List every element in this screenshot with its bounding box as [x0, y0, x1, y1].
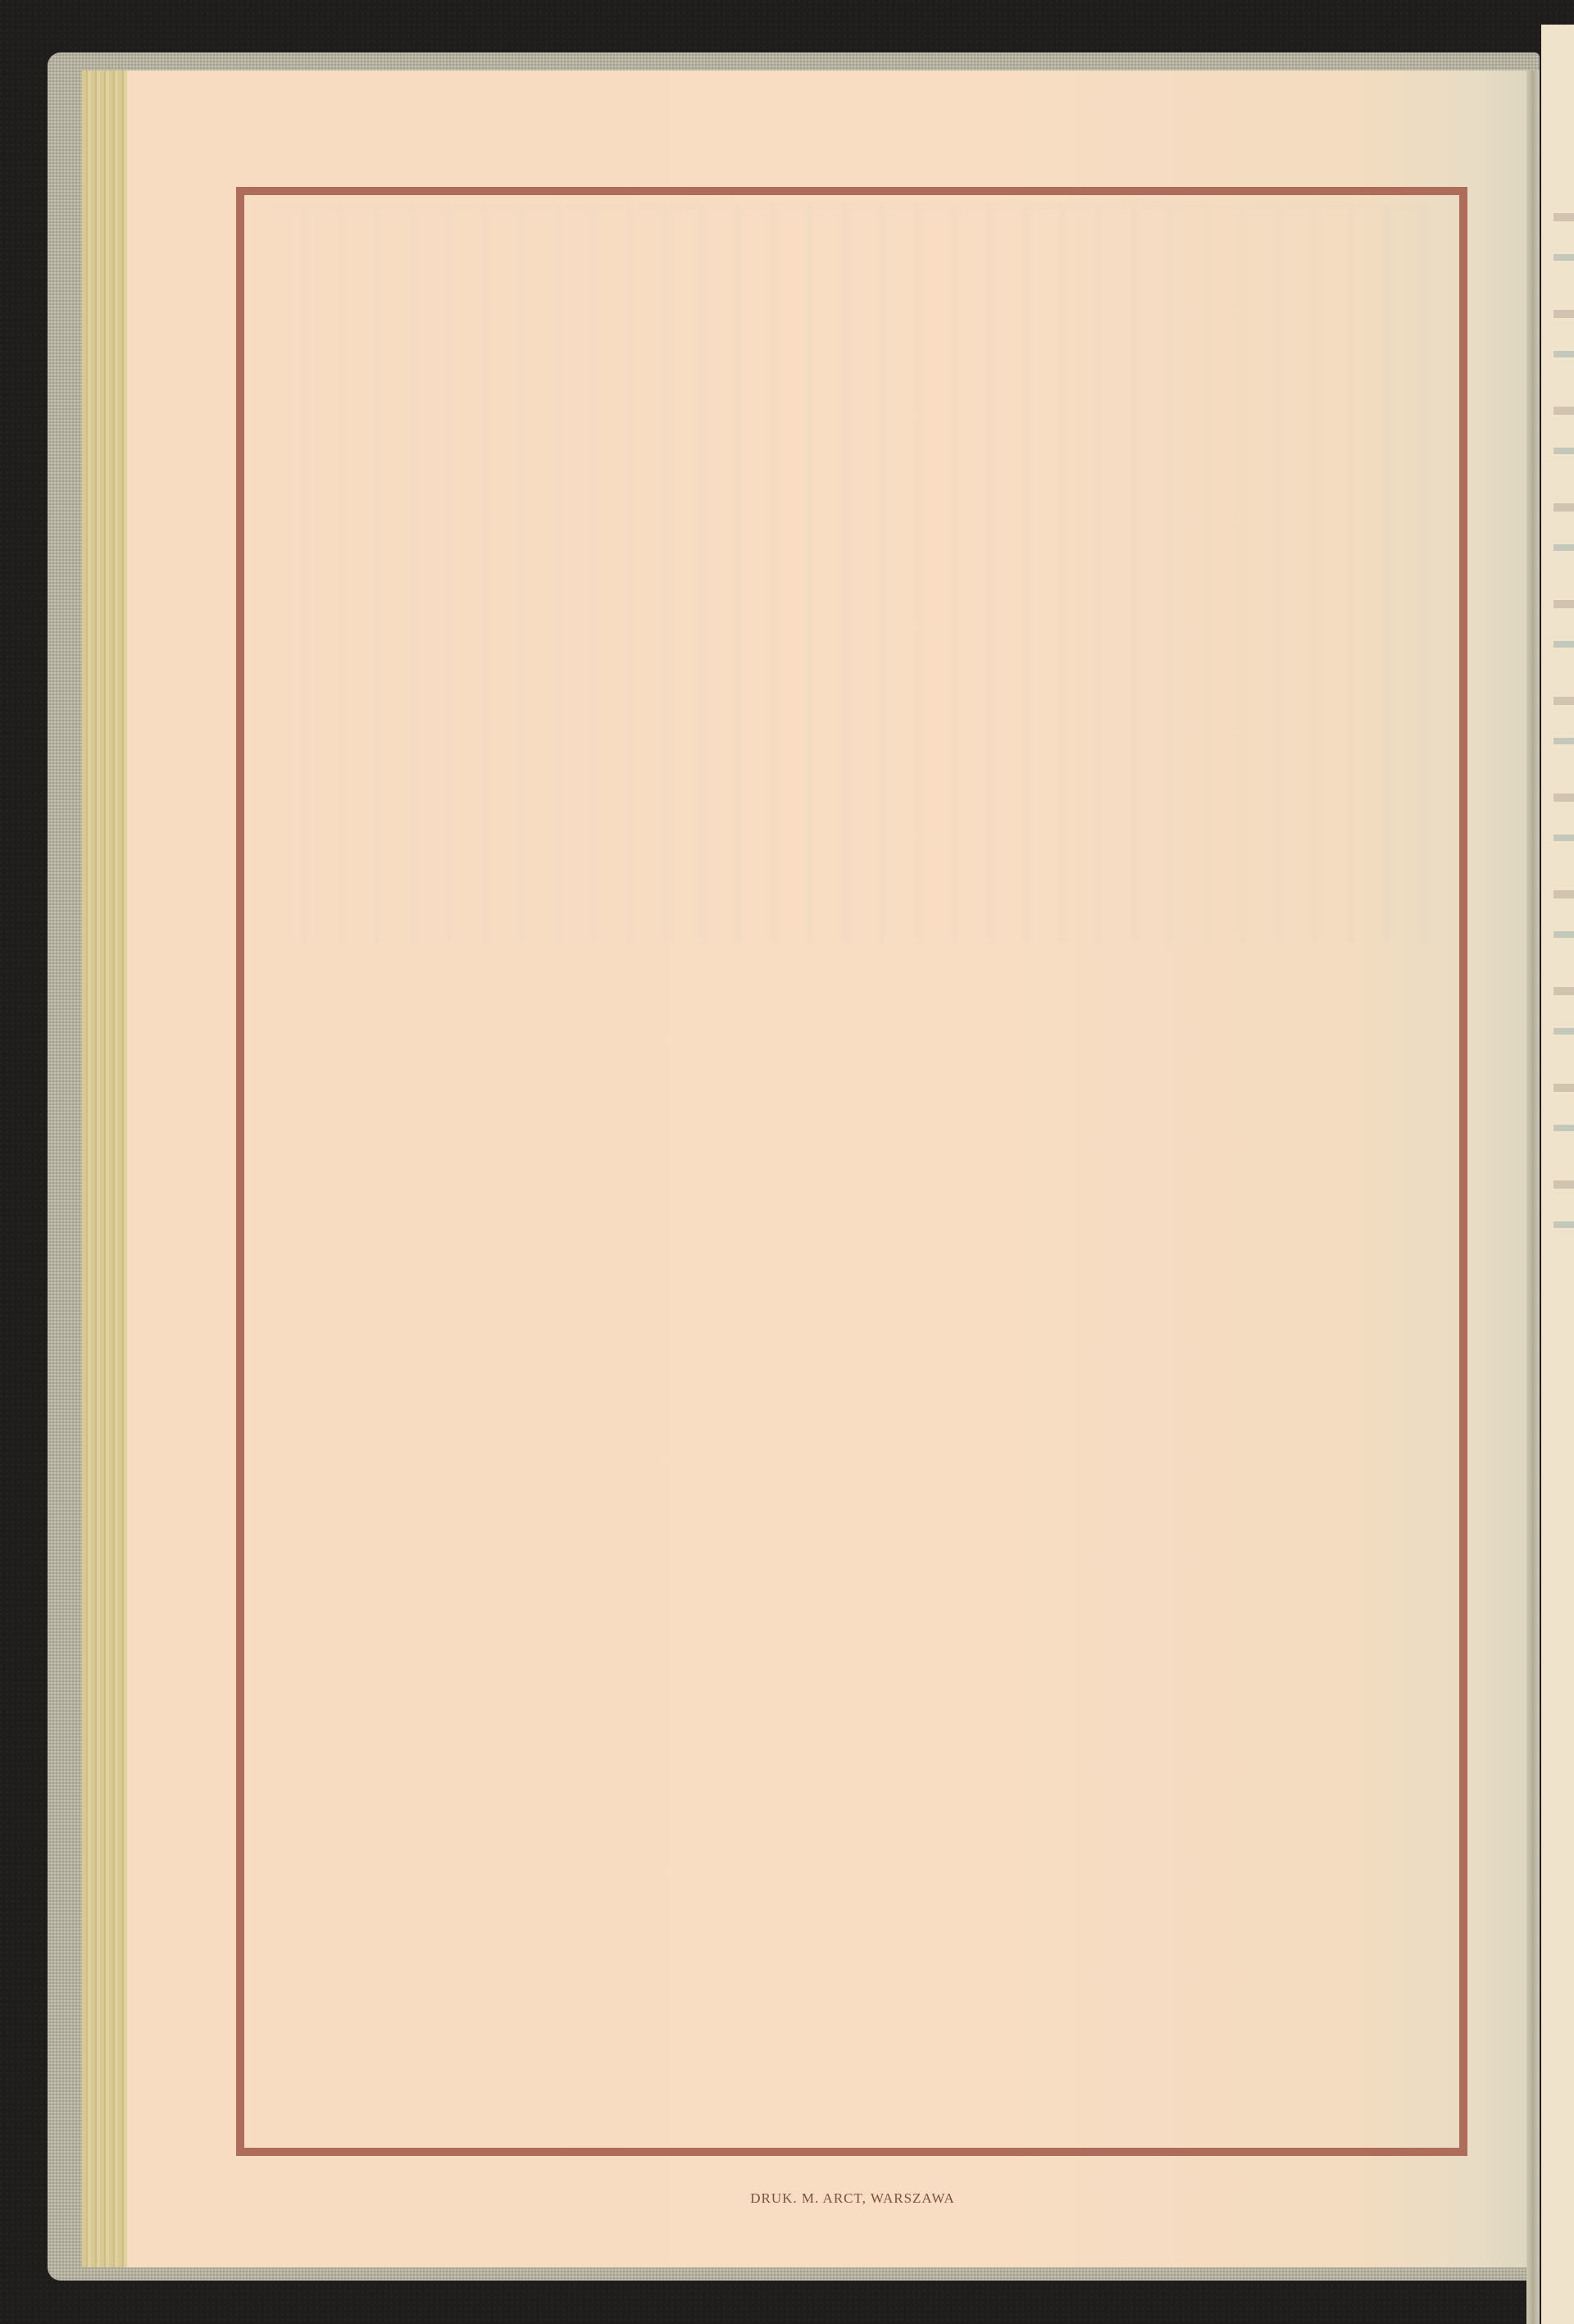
- facing-page-ornament: [1554, 164, 1574, 1230]
- gutter: [1526, 70, 1540, 2324]
- page-edges: [82, 70, 128, 2267]
- decorative-frame: [236, 187, 1467, 2156]
- printer-imprint: DRUK. M. ARCT, WARSZAWA: [738, 2190, 967, 2207]
